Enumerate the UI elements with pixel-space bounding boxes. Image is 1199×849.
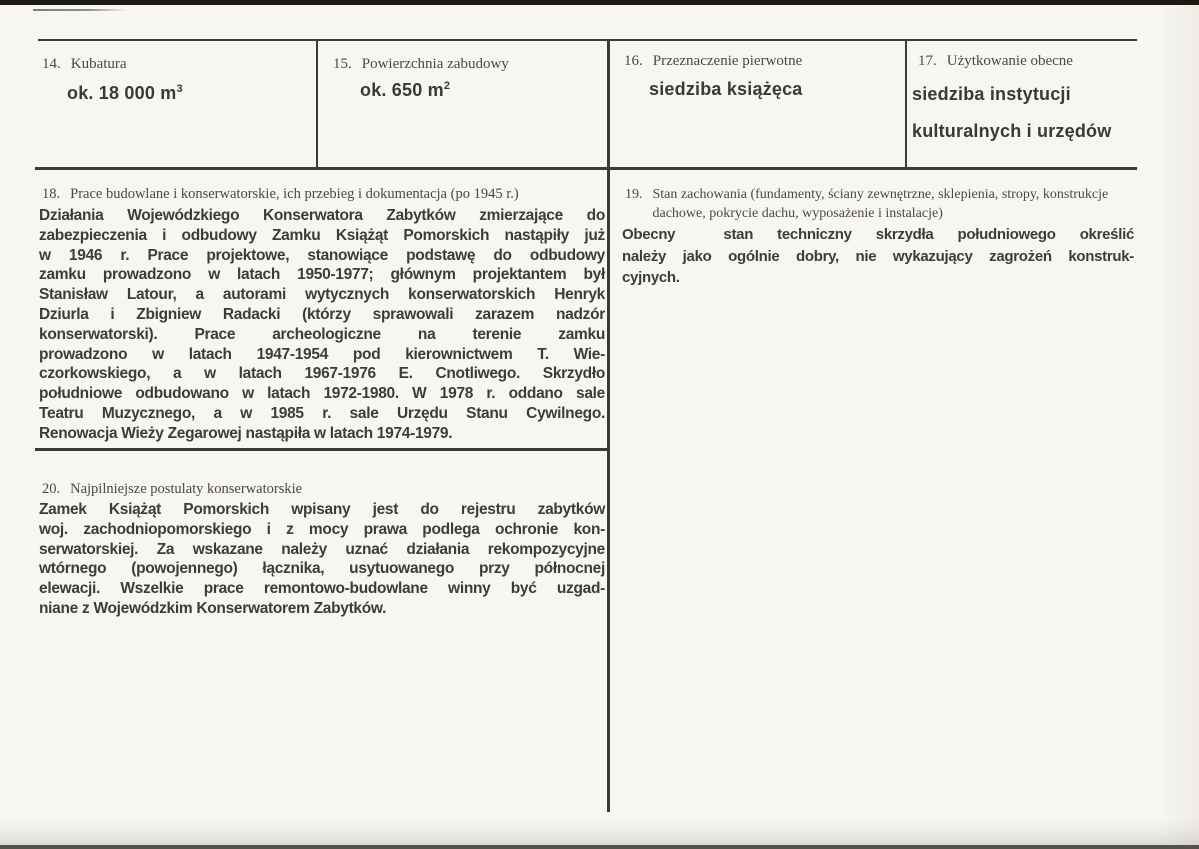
paragraph-line: zamku prowadzono w latach 1950-1977; głó… [39,265,605,285]
field-19-label: 19.Stan zachowania (fundamenty, ściany z… [625,185,1108,223]
field-20-body: Zamek Książąt Pomorskich wpisany jest do… [39,500,605,619]
field-17-value-line2: kulturalnych i urzędów [912,113,1111,150]
paragraph-line: Zamek Książąt Pomorskich wpisany jest do… [39,500,605,520]
paragraph-line: wtórnego (powojennego) łącznika, usytuow… [39,559,605,579]
field-16-label: 16.Przeznaczenie pierwotne [624,53,802,70]
scan-noise-strip [0,820,1199,845]
field-18-body: Działania Wojewódzkiego Konserwatora Zab… [39,206,605,444]
field-20-number: 20. [42,481,60,497]
field-19-title: Stan zachowania (fundamenty, ściany zewn… [653,185,1109,223]
field-19-title-line1: Stan zachowania (fundamenty, ściany zewn… [653,187,1109,202]
field-14-value: ok. 18 000 m3 [67,83,183,104]
field-19-title-line2: dachowe, pokrycie dachu, wyposażenie i i… [653,206,943,221]
paragraph-line: cyjnych. [622,267,1134,289]
field-14-value-base: ok. 18 000 m [67,83,176,103]
paragraph-line: serwatorskiej. Za wskazane należy uznać … [39,540,605,560]
field-15-label: 15.Powierzchnia zabudowy [333,56,509,73]
paragraph-line: Stanisław Latour, a autorami wytycznych … [39,285,605,305]
grid-line-16-17 [905,39,907,168]
field-19-body: Obecny stan techniczny skrzydła południo… [622,224,1134,289]
field-17-value: siedziba instytucji kulturalnych i urzęd… [912,76,1111,150]
field-14-title: Kubatura [71,56,127,72]
field-14-number: 14. [42,56,61,72]
field-17-value-line1: siedziba instytucji [912,76,1111,113]
field-15-value-sup: 2 [444,80,450,92]
grid-line-top [38,39,1137,41]
field-20-label: 20.Najpilniejsze postulaty konserwatorsk… [42,481,302,498]
field-16-value: siedziba książęca [649,79,803,100]
field-16: 16.Przeznaczenie pierwotne [624,53,802,70]
field-18-label: 18.Prace budowlane i konserwatorskie, ic… [42,186,519,203]
scan-bottom-band [0,845,1199,849]
field-20: 20.Najpilniejsze postulaty konserwatorsk… [42,481,302,498]
paragraph-line: należy jako ogólnie dobry, nie wykazując… [622,246,1134,268]
grid-line-section18-bottom [35,448,610,451]
paragraph-line: południowe odbudowano w latach 1972-1980… [39,384,605,404]
paragraph-line: niane z Wojewódzkim Konserwatorem Zabytk… [39,599,605,619]
field-17: 17.Użytkowanie obecne [918,53,1073,70]
paragraph-line: elewacji. Wszelkie prace remontowo-budow… [39,579,605,599]
field-17-label: 17.Użytkowanie obecne [918,53,1073,70]
field-18-title: Prace budowlane i konserwatorskie, ich p… [70,186,519,202]
field-15-value: ok. 650 m2 [360,80,450,101]
field-16-number: 16. [624,53,643,69]
scan-top-band [0,0,1199,5]
paragraph-line: zabezpieczenia i odbudowy Zamku Książąt … [39,226,605,246]
paragraph-line: woj. zachodniopomorskiego i z mocy prawa… [39,520,605,540]
field-15-number: 15. [333,56,352,72]
grid-line-14-15 [316,39,318,168]
paragraph-line: Dziurla i Zbigniew Radacki (którzy spraw… [39,305,605,325]
paragraph-line: Obecny stan techniczny skrzydła południo… [622,224,1134,246]
grid-line-row-divider [35,167,1137,170]
form-page: { "page": { "paper_color": "#f8f6f0", "l… [0,0,1199,849]
scan-right-shade [1160,0,1199,849]
field-15-title: Powierzchnia zabudowy [362,56,509,72]
paragraph-line: Teatru Muzycznego, a w 1985 r. sale Urzę… [39,404,605,424]
field-14-value-sup: 3 [176,83,182,95]
paragraph-line: czorkowskiego, a w latach 1967-1976 E. C… [39,364,605,384]
scan-dash-mark [33,9,126,11]
field-18: 18.Prace budowlane i konserwatorskie, ic… [42,186,519,203]
field-20-title: Najpilniejsze postulaty konserwatorskie [70,481,302,497]
field-14: 14.Kubatura [42,56,127,73]
field-18-number: 18. [42,186,60,202]
paragraph-line: Działania Wojewódzkiego Konserwatora Zab… [39,206,605,226]
field-15: 15.Powierzchnia zabudowy [333,56,509,73]
paragraph-line: konserwatorski). Prace archeologiczne na… [39,325,605,345]
field-15-value-base: ok. 650 m [360,80,444,100]
paragraph-line: w 1946 r. Prace projektowe, stanowiące p… [39,246,605,266]
field-17-number: 17. [918,53,937,69]
field-19-number: 19. [625,187,643,202]
paragraph-line: prowadzono w latach 1947-1954 pod kierow… [39,345,605,365]
paragraph-line: Renowacja Wieży Zegarowej nastąpiła w la… [39,424,605,444]
field-17-title: Użytkowanie obecne [947,53,1073,69]
field-14-label: 14.Kubatura [42,56,127,73]
grid-line-main-column [607,39,610,812]
field-16-title: Przeznaczenie pierwotne [653,53,803,69]
